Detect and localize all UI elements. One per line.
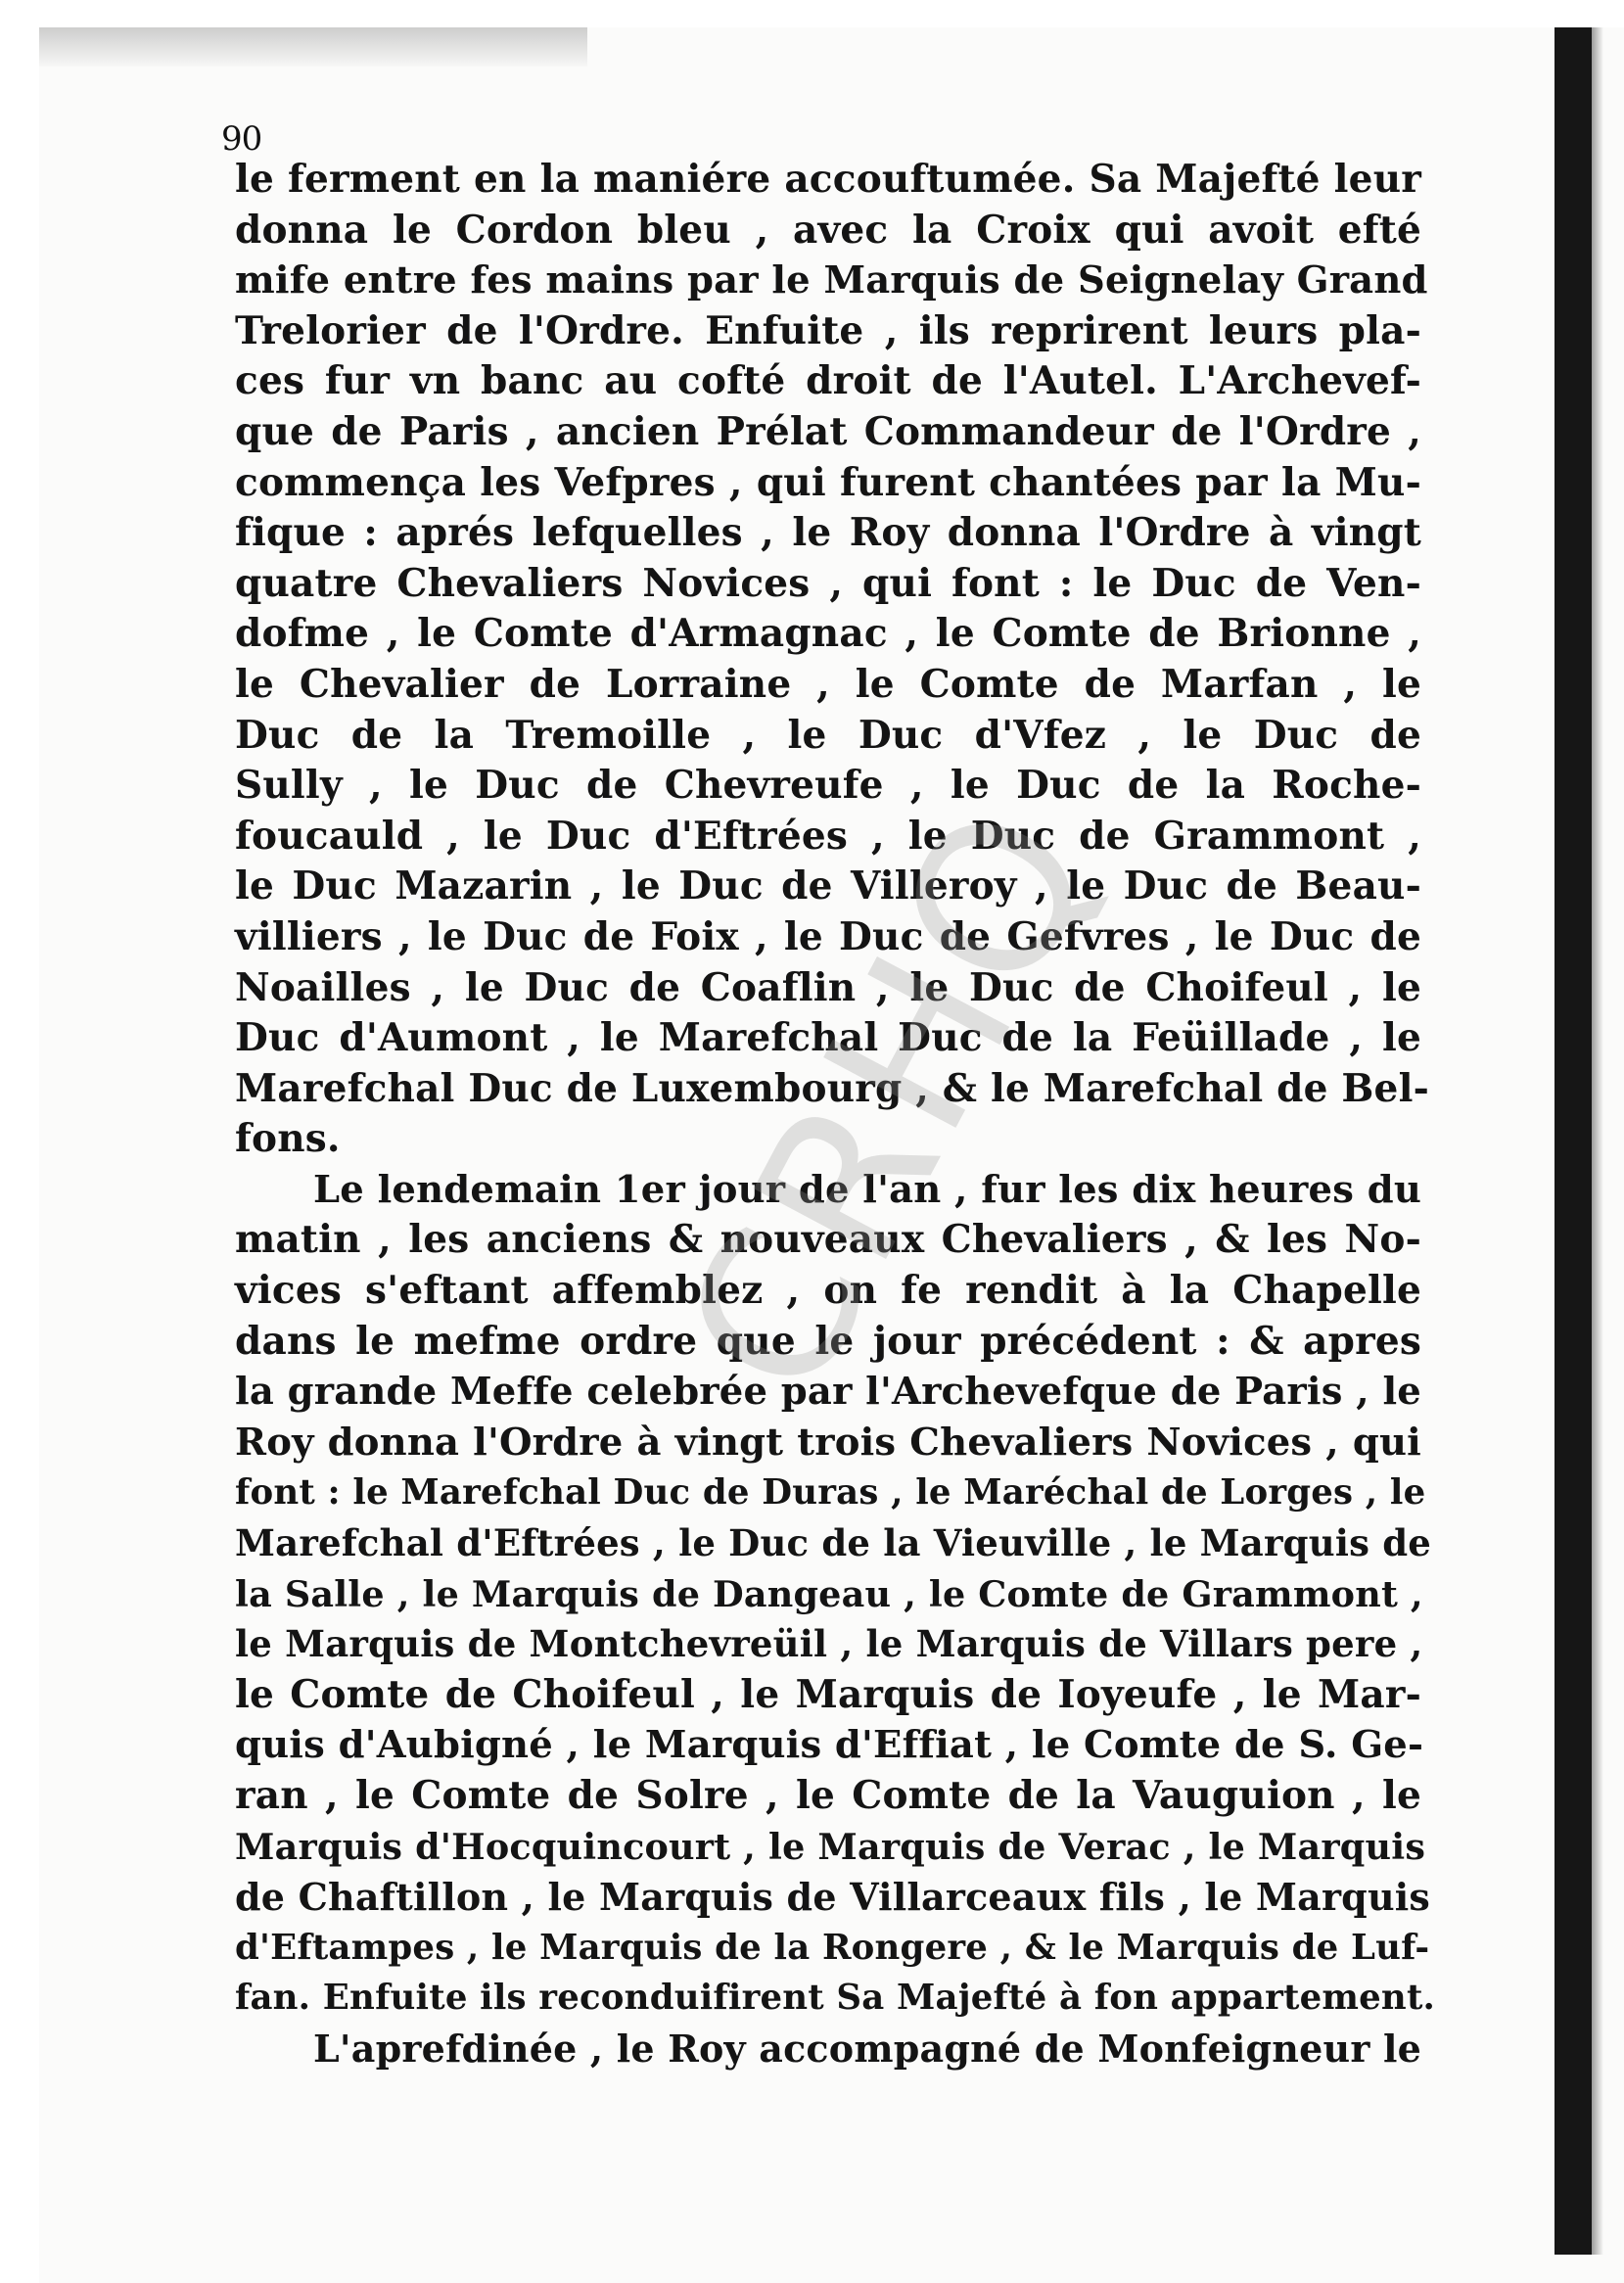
text-line: foucauld , le Duc d'Eftrées , le Duc de … xyxy=(235,812,1421,862)
text-line: Trelorier de l'Ordre. Enfuite , ils repr… xyxy=(235,306,1421,357)
text-line: villiers , le Duc de Foix , le Duc de Ge… xyxy=(235,912,1421,963)
text-line: matin , les anciens & nouveaux Chevalier… xyxy=(235,1215,1421,1266)
text-line: font : le Marefchal Duc de Duras , le Ma… xyxy=(235,1468,1421,1518)
text-line: ces fur vn banc au cofté droit de l'Aute… xyxy=(235,356,1421,407)
text-line: le ferment en la maniére accouftumée. Sa… xyxy=(235,155,1421,206)
scan-artifact-top xyxy=(39,27,587,67)
binding-gutter-shadow xyxy=(1554,27,1592,2255)
text-line: la grande Meffe celebrée par l'Archevefq… xyxy=(235,1367,1421,1418)
text-line: que de Paris , ancien Prélat Commandeur … xyxy=(235,407,1421,458)
text-line: fan. Enfuite ils reconduifirent Sa Majef… xyxy=(235,1973,1421,2024)
text-line: Roy donna l'Ordre à vingt trois Chevalie… xyxy=(235,1418,1421,1468)
page-number: 90 xyxy=(221,119,261,159)
text-line: fique : aprés lefquelles , le Roy donna … xyxy=(235,508,1421,559)
text-line: donna le Cordon bleu , avec la Croix qui… xyxy=(235,206,1421,256)
text-line: Marquis d'Hocquincourt , le Marquis de V… xyxy=(235,1822,1421,1873)
text-line: Sully , le Duc de Chevreufe , le Duc de … xyxy=(235,761,1421,812)
text-line: le Duc Mazarin , le Duc de Villeroy , le… xyxy=(235,862,1421,912)
text-line: commença les Vefpres , qui furent chanté… xyxy=(235,458,1421,509)
text-line: le Marquis de Montchevreüil , le Marquis… xyxy=(235,1619,1421,1670)
paragraph-start-line: Le lendemain 1er jour de l'an , fur les … xyxy=(235,1165,1421,1216)
text-line: Duc de la Tremoille , le Duc d'Vfez , le… xyxy=(235,711,1421,762)
text-line: vices s'eftant affemblez , on fe rendit … xyxy=(235,1266,1421,1317)
text-line: dans le mefme ordre que le jour précéden… xyxy=(235,1317,1421,1368)
text-line: fons. xyxy=(235,1114,1421,1165)
text-line: dofme , le Comte d'Armagnac , le Comte d… xyxy=(235,609,1421,660)
text-line: la Salle , le Marquis de Dangeau , le Co… xyxy=(235,1569,1421,1620)
text-line: mife entre fes mains par le Marquis de S… xyxy=(235,256,1421,306)
body-text: le ferment en la maniére accouftumée. Sa… xyxy=(235,155,1421,2074)
text-line: Marefchal d'Eftrées , le Duc de la Vieuv… xyxy=(235,1518,1421,1569)
text-line: le Comte de Choifeul , le Marquis de Ioy… xyxy=(235,1670,1421,1721)
text-line: quatre Chevaliers Novices , qui font : l… xyxy=(235,559,1421,610)
text-line: quis d'Aubigné , le Marquis d'Effiat , l… xyxy=(235,1720,1421,1771)
text-line: d'Eftampes , le Marquis de la Rongere , … xyxy=(235,1923,1421,1974)
text-line: le Chevalier de Lorraine , le Comte de M… xyxy=(235,660,1421,711)
text-line: de Chaftillon , le Marquis de Villarceau… xyxy=(235,1872,1421,1923)
text-line: ran , le Comte de Solre , le Comte de la… xyxy=(235,1771,1421,1822)
text-line: Duc d'Aumont , le Marefchal Duc de la Fe… xyxy=(235,1013,1421,1064)
text-line: Noailles , le Duc de Coaflin , le Duc de… xyxy=(235,963,1421,1014)
binding-gutter-edge xyxy=(1592,27,1603,2255)
text-line: Marefchal Duc de Luxembourg , & le Maref… xyxy=(235,1064,1421,1115)
paragraph-start-line: L'aprefdinée , le Roy accompagné de Monf… xyxy=(235,2024,1421,2074)
